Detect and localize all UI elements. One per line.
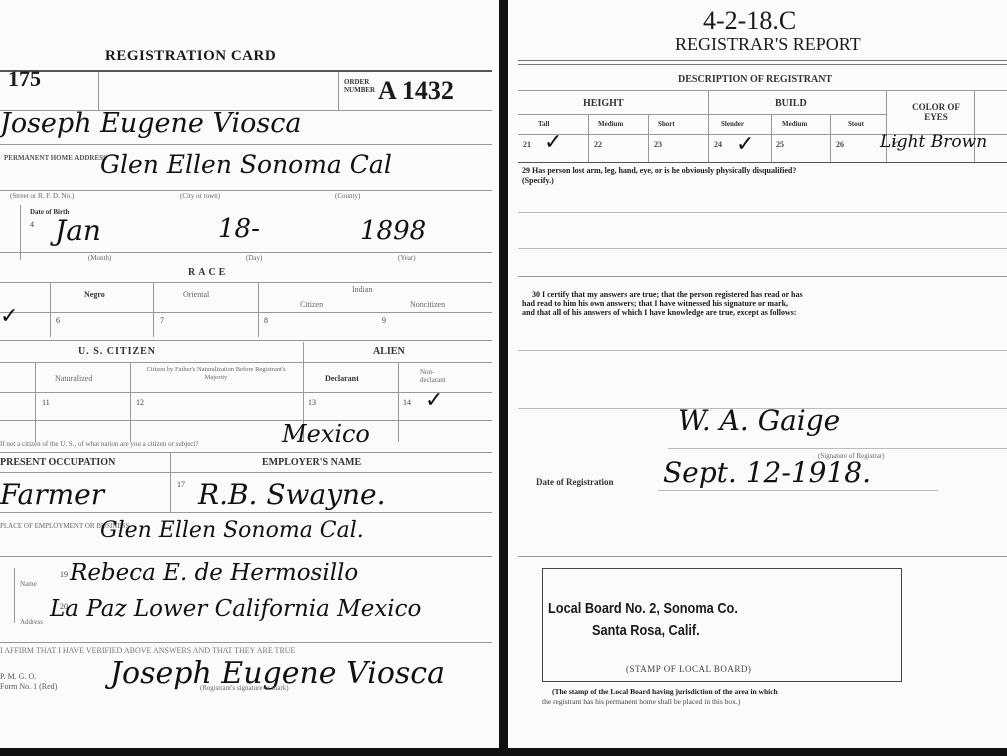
certification-line: 30 I certify that my answers are true; t… [532, 290, 803, 299]
nation-question: If not a citizen of the U. S., of what n… [0, 440, 198, 448]
divider [518, 248, 1007, 249]
build-col-stout: Stout [848, 120, 864, 128]
divider [0, 420, 492, 421]
citizen-col-father: Citizen by Father's Naturalization Befor… [140, 366, 292, 382]
divider [0, 340, 492, 341]
height-col-medium: Medium [598, 120, 623, 128]
divider [0, 452, 492, 453]
divider [0, 70, 492, 72]
divider [0, 472, 492, 473]
divider [0, 512, 492, 513]
race-col-indian: Indian [352, 285, 372, 294]
stamp-note: the registrant has his permanent home sh… [542, 697, 740, 706]
divider [518, 64, 1007, 65]
divider [153, 282, 154, 337]
signature-label: (Registrant's signature or mark) [200, 684, 289, 692]
serial-number: 175 [8, 66, 41, 92]
build-slender-checkmark: ✓ [736, 132, 754, 157]
stamp-note: (The stamp of the Local Board having jur… [552, 687, 778, 696]
divider [0, 282, 492, 283]
dob-sublabel: (Day) [246, 254, 262, 262]
divider [588, 114, 589, 162]
dob-day: 18- [218, 214, 260, 244]
divider [338, 72, 339, 110]
field-number: 11 [42, 398, 50, 407]
divider [170, 452, 171, 512]
divider [0, 642, 492, 643]
build-col-medium: Medium [782, 120, 807, 128]
divider [0, 392, 492, 393]
stamp-line-1: Local Board No. 2, Sonoma Co. [548, 600, 738, 617]
field-number: 25 [776, 140, 784, 149]
relative-address-label: Address [20, 618, 43, 626]
field-number: 23 [654, 140, 662, 149]
alien-col-non-declarant: Non-declarant [420, 368, 460, 384]
divider [658, 490, 938, 491]
order-number: A 1432 [378, 76, 454, 106]
field-number: 12 [136, 398, 144, 407]
field-number: 21 [523, 140, 531, 149]
field-number: 4 [30, 220, 34, 229]
us-citizen-title: U. S. CITIZEN [78, 346, 156, 357]
divider [0, 252, 492, 253]
stamp-caption: (STAMP OF LOCAL BOARD) [626, 664, 751, 674]
dob-sublabel: (Year) [398, 254, 416, 262]
question-29: 29 Has person lost arm, leg, hand, eye, … [522, 166, 796, 175]
divider [518, 90, 1007, 91]
divider [668, 448, 1007, 449]
field-number: 13 [308, 398, 316, 407]
divider [708, 90, 709, 162]
divider [14, 568, 15, 623]
divider [130, 362, 131, 442]
certification-line: and that all of his answers of which I h… [522, 308, 797, 317]
address-sublabel: (City or town) [180, 192, 220, 200]
form-code: P. M. G. O. [0, 672, 36, 681]
question-29-specify: (Specify.) [522, 176, 554, 185]
divider [518, 60, 1007, 61]
divider [0, 312, 492, 313]
employer-name: R.B. Swayne. [198, 478, 386, 511]
home-address-label: PERMANENT HOME ADDRESS [4, 154, 107, 162]
field-number: 9 [382, 316, 386, 325]
divider [98, 72, 99, 110]
divider [518, 556, 1007, 557]
field-number: 24 [714, 140, 722, 149]
eye-color-value: Light Brown [880, 132, 987, 152]
form-code: 4-2-18.C [703, 6, 796, 36]
field-number: 17 [177, 480, 185, 489]
citizen-col-naturalized: Naturalized [55, 374, 92, 383]
divider [518, 276, 1007, 277]
report-title: REGISTRAR'S REPORT [675, 34, 861, 55]
employer-title: EMPLOYER'S NAME [262, 457, 361, 468]
divider [35, 362, 36, 442]
dob-year: 1898 [360, 216, 426, 246]
race-col-negro: Negro [84, 290, 105, 299]
eye-color-title: COLOR OF EYES [906, 102, 966, 122]
divider [0, 362, 492, 363]
field-number: 19 [60, 570, 68, 579]
form-code: Form No. 1 (Red) [0, 682, 57, 691]
divider [648, 114, 649, 162]
registrant-name: Joseph Eugene Viosca [0, 108, 301, 139]
divider [258, 282, 259, 337]
card-title: REGISTRATION CARD [105, 48, 276, 65]
divider [398, 362, 399, 442]
alien-title: ALIEN [373, 346, 405, 357]
occupation-title: PRESENT OCCUPATION [0, 457, 115, 468]
divider [518, 350, 1007, 351]
height-col-short: Short [658, 120, 675, 128]
height-col-tall: Tall [538, 120, 549, 128]
registrar-signature: W. A. Gaige [678, 404, 840, 437]
divider [0, 144, 492, 145]
field-number: 7 [160, 316, 164, 325]
race-col-oriental: Oriental [183, 290, 209, 299]
nation-answer: Mexico [282, 420, 370, 448]
divider [771, 114, 772, 162]
race-title: RACE [188, 267, 228, 278]
field-number: 8 [264, 316, 268, 325]
description-title: DESCRIPTION OF REGISTRANT [678, 74, 832, 85]
date-of-registration-label: Date of Registration [536, 477, 613, 487]
registration-card: REGISTRATION CARD 175 ORDER NUMBER A 143… [0, 0, 499, 748]
divider [830, 114, 831, 162]
dob-sublabel: (Month) [88, 254, 111, 262]
date-of-registration: Sept. 12-1918. [663, 456, 871, 489]
non-declarant-checkmark: ✓ [425, 388, 443, 413]
alien-col-declarant: Declarant [325, 374, 359, 383]
relative-address: La Paz Lower California Mexico [50, 596, 421, 622]
divider [518, 162, 1007, 163]
height-title: HEIGHT [583, 98, 624, 109]
height-tall-checkmark: ✓ [544, 130, 562, 155]
certification-line: had read to him his own answers; that I … [522, 299, 788, 308]
address-sublabel: (Street or R. F. D. No.) [10, 192, 74, 200]
build-col-slender: Slender [721, 120, 744, 128]
dob-month: Jan [55, 214, 101, 247]
order-label-top: ORDER [344, 78, 375, 86]
home-address: Glen Ellen Sonoma Cal [100, 150, 392, 179]
divider [50, 282, 51, 337]
divider [518, 212, 1007, 213]
order-label-bottom: NUMBER [344, 86, 375, 94]
build-title: BUILD [775, 98, 807, 109]
relative-name-label: Name [20, 580, 37, 588]
address-sublabel: (County) [335, 192, 360, 200]
order-number-label: ORDER NUMBER [344, 78, 375, 94]
relative-name: Rebeca E. de Hermosillo [70, 560, 358, 586]
field-number: 26 [836, 140, 844, 149]
occupation: Farmer [0, 478, 104, 511]
field-number: 6 [56, 316, 60, 325]
field-number: 22 [594, 140, 602, 149]
employment-place: Glen Ellen Sonoma Cal. [100, 518, 364, 543]
race-col-indian-citizen: Citizen [300, 300, 323, 309]
race-col-indian-noncitizen: Noncitizen [410, 300, 445, 309]
stamp-line-2: Santa Rosa, Calif. [592, 622, 700, 639]
divider [0, 190, 492, 191]
affirmation-text: I AFFIRM THAT I HAVE VERIFIED ABOVE ANSW… [0, 646, 295, 655]
divider [0, 556, 492, 557]
race-white-checkmark: ✓ [0, 304, 18, 329]
field-number: 14 [403, 398, 411, 407]
registrars-report-card: 4-2-18.C REGISTRAR'S REPORT DESCRIPTION … [508, 0, 1007, 748]
